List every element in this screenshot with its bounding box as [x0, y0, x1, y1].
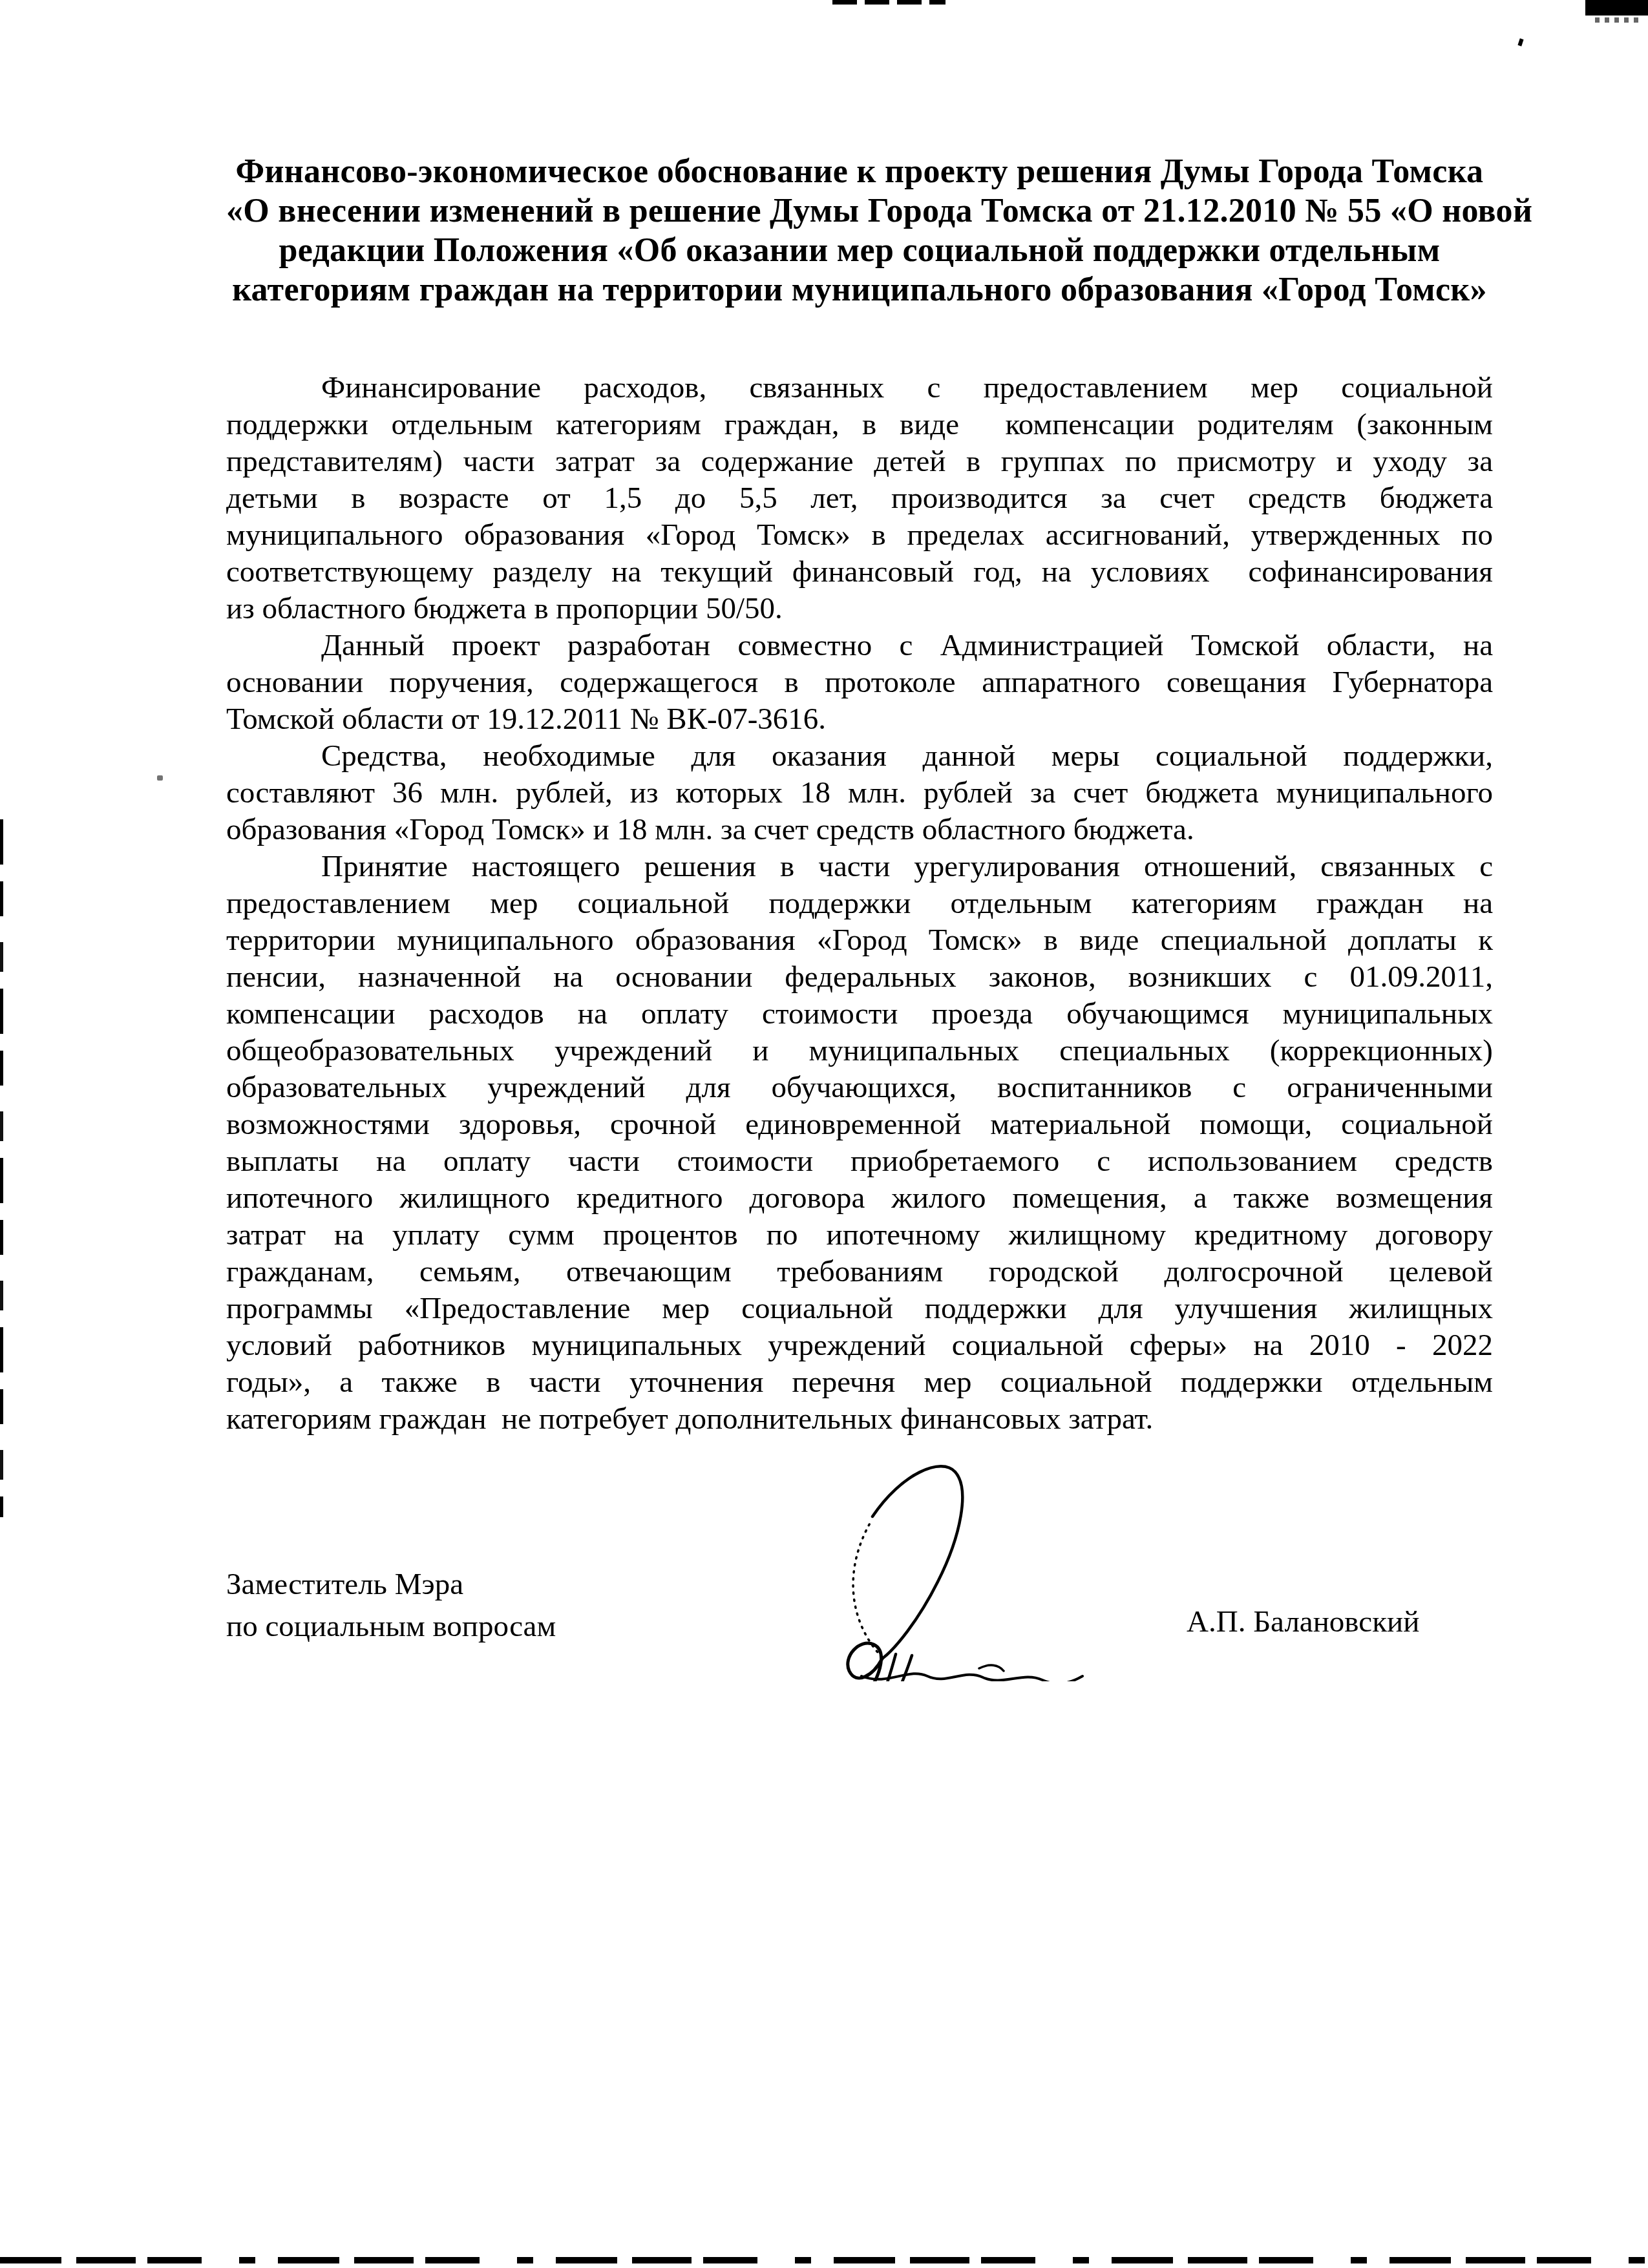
text-line: из областного бюджета в пропорции 50/50. [226, 591, 1493, 627]
paragraph-2: Данный проект разработан совместно с Адм… [226, 627, 1493, 738]
text-line: соответствующему разделу на текущий фина… [226, 554, 1493, 591]
text-line: Принятие настоящего решения в части урег… [226, 848, 1493, 885]
text-line: редакции Положения «Об оказании мер соци… [226, 231, 1493, 270]
text-line: возможностями здоровья, срочной единовре… [226, 1106, 1493, 1143]
text-line: образовательных учреждений для обучающих… [226, 1069, 1493, 1106]
text-line: пенсии, назначенной на основании федерал… [226, 959, 1493, 996]
text-line: образования «Город Томск» и 18 млн. за с… [226, 812, 1493, 848]
text-line: предоставлением мер социальной поддержки… [226, 885, 1493, 922]
text-line: детьми в возрасте от 1,5 до 5,5 лет, про… [226, 480, 1493, 517]
text-line: затрат на уплату сумм процентов по ипоте… [226, 1217, 1493, 1254]
text-line: «О внесении изменений в решение Думы Гор… [226, 191, 1493, 231]
paragraph-1: Финансирование расходов, связанных с пре… [226, 370, 1493, 627]
text-line: годы», а также в части уточнения перечня… [226, 1364, 1493, 1401]
scan-artifact-top-right-block [1585, 0, 1648, 16]
text-line: общеобразовательных учреждений и муницип… [226, 1033, 1493, 1069]
document-page: Финансово-экономическое обоснование к пр… [0, 0, 1648, 2268]
signature-position-line-1: Заместитель Мэра [226, 1564, 1493, 1606]
text-line: представителям) части затрат за содержан… [226, 443, 1493, 480]
text-line: муниципального образования «Город Томск»… [226, 517, 1493, 554]
text-line: Финансирование расходов, связанных с пре… [226, 370, 1493, 406]
document-body: Финансирование расходов, связанных с пре… [226, 370, 1493, 1438]
scan-artifact-top-dash [832, 0, 945, 5]
text-line: программы «Предоставление мер социальной… [226, 1290, 1493, 1327]
text-line: территории муниципального образования «Г… [226, 922, 1493, 959]
scan-artifact-speck [1517, 38, 1523, 46]
signature-name: А.П. Балановский [1187, 1601, 1419, 1643]
text-line: поддержки отдельным категориям граждан, … [226, 406, 1493, 443]
scan-artifact-bottom-edge-line [0, 2257, 1648, 2263]
text-line: условий работников муниципальных учрежде… [226, 1327, 1493, 1364]
text-line: Данный проект разработан совместно с Адм… [226, 627, 1493, 664]
text-line: Томской области от 19.12.2011 № ВК-07-36… [226, 701, 1493, 738]
text-line: Финансово-экономическое обоснование к пр… [226, 152, 1493, 191]
text-line: категориям граждан на территории муницип… [226, 270, 1493, 310]
signature-block: Заместитель Мэра по социальным вопросам … [226, 1564, 1493, 1758]
document-title: Финансово-экономическое обоснование к пр… [226, 152, 1493, 310]
scan-artifact-speck [157, 775, 163, 781]
text-line: выплаты на оплату части стоимости приобр… [226, 1143, 1493, 1180]
text-line: ипотечного жилищного кредитного договора… [226, 1180, 1493, 1217]
text-line: составляют 36 млн. рублей, из которых 18… [226, 775, 1493, 812]
paragraph-4: Принятие настоящего решения в части урег… [226, 848, 1493, 1438]
scan-artifact-top-right-speckles [1595, 17, 1642, 23]
paragraph-3: Средства, необходимые для оказания данно… [226, 738, 1493, 848]
text-line: гражданам, семьям, отвечающим требования… [226, 1254, 1493, 1290]
text-line: компенсации расходов на оплату стоимости… [226, 996, 1493, 1033]
text-line: основании поручения, содержащегося в про… [226, 664, 1493, 701]
text-line: категориям граждан не потребует дополнит… [226, 1401, 1493, 1438]
scan-artifact-left-edge-line [0, 819, 3, 1517]
text-line: Средства, необходимые для оказания данно… [226, 738, 1493, 775]
